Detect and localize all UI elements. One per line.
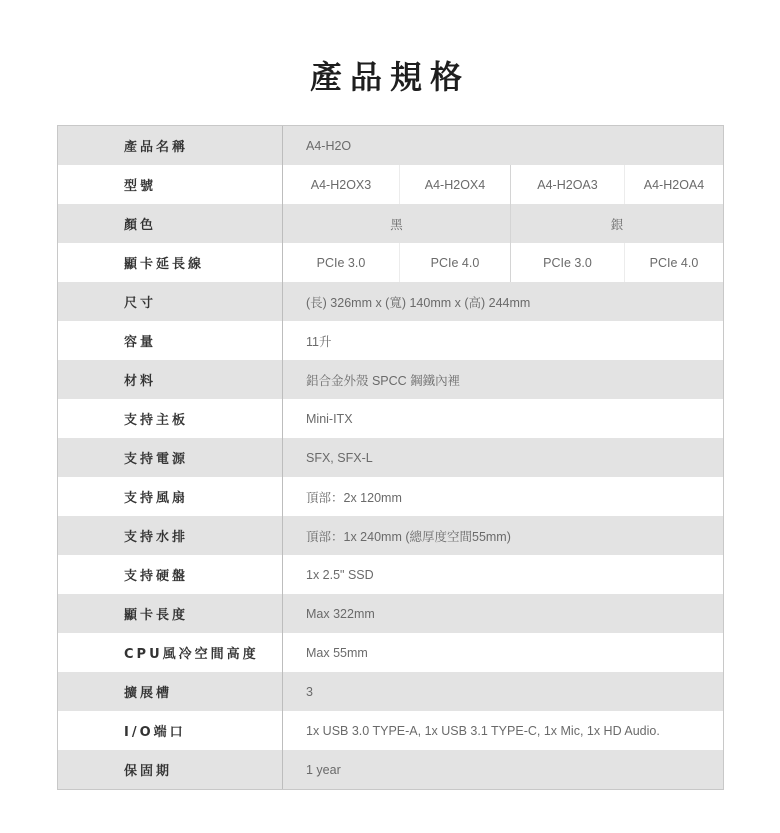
- page-title: 產品規格: [0, 52, 780, 98]
- row-label: 尺寸: [58, 282, 283, 321]
- table-row: 支持主板Mini-ITX: [58, 399, 723, 438]
- model-cell: A4-H2OX3: [283, 165, 400, 204]
- table-row: 材料鋁合金外殼 SPCC 鋼鐵內裡: [58, 360, 723, 399]
- row-label: 顏色: [58, 204, 283, 243]
- row-label: 支持風扇: [58, 477, 283, 516]
- row-label: I/O端口: [58, 711, 283, 750]
- row-label: 支持主板: [58, 399, 283, 438]
- color-cell: 銀: [511, 204, 723, 243]
- row-label: 產品名稱: [58, 126, 283, 165]
- table-row: 顯卡延長線 PCIe 3.0 PCIe 4.0 PCIe 3.0 PCIe 4.…: [58, 243, 723, 282]
- table-row: 型號 A4-H2OX3 A4-H2OX4 A4-H2OA3 A4-H2OA4: [58, 165, 723, 204]
- riser-cell: PCIe 3.0: [283, 243, 400, 282]
- spec-table: 產品名稱 A4-H2O 型號 A4-H2OX3 A4-H2OX4 A4-H2OA…: [57, 125, 724, 790]
- row-label: 支持水排: [58, 516, 283, 555]
- row-value: Mini-ITX: [283, 399, 723, 438]
- row-value: (長) 326mm x (寬) 140mm x (高) 244mm: [283, 282, 723, 321]
- table-row: CPU風冷空間高度Max 55mm: [58, 633, 723, 672]
- table-row: 顯卡長度Max 322mm: [58, 594, 723, 633]
- table-row: I/O端口1x USB 3.0 TYPE-A, 1x USB 3.1 TYPE-…: [58, 711, 723, 750]
- model-cell: A4-H2OA3: [511, 165, 625, 204]
- table-row: 支持電源SFX, SFX-L: [58, 438, 723, 477]
- table-row: 擴展槽3: [58, 672, 723, 711]
- row-label: 支持硬盤: [58, 555, 283, 594]
- row-value: Max 322mm: [283, 594, 723, 633]
- row-label: 型號: [58, 165, 283, 204]
- table-row: 保固期1 year: [58, 750, 723, 789]
- table-row: 尺寸(長) 326mm x (寬) 140mm x (高) 244mm: [58, 282, 723, 321]
- row-value: 11升: [283, 321, 723, 360]
- row-value: 鋁合金外殼 SPCC 鋼鐵內裡: [283, 360, 723, 399]
- table-row: 顏色 黑 銀: [58, 204, 723, 243]
- riser-cell: PCIe 4.0: [625, 243, 723, 282]
- riser-cell: PCIe 4.0: [400, 243, 511, 282]
- row-label: 支持電源: [58, 438, 283, 477]
- row-label: 擴展槽: [58, 672, 283, 711]
- row-value: 頂部：1x 240mm (總厚度空間55mm): [283, 516, 723, 555]
- row-label: 顯卡長度: [58, 594, 283, 633]
- table-row: 支持風扇頂部：2x 120mm: [58, 477, 723, 516]
- color-cell: 黑: [283, 204, 511, 243]
- table-row: 容量11升: [58, 321, 723, 360]
- row-label: CPU風冷空間高度: [58, 633, 283, 672]
- table-row: 產品名稱 A4-H2O: [58, 126, 723, 165]
- row-value: 3: [283, 672, 723, 711]
- row-value: A4-H2O: [283, 126, 723, 165]
- row-label: 材料: [58, 360, 283, 399]
- row-value: 1x 2.5" SSD: [283, 555, 723, 594]
- row-label: 容量: [58, 321, 283, 360]
- row-value: 1 year: [283, 750, 723, 789]
- model-cell: A4-H2OX4: [400, 165, 511, 204]
- table-row: 支持硬盤1x 2.5" SSD: [58, 555, 723, 594]
- table-row: 支持水排頂部：1x 240mm (總厚度空間55mm): [58, 516, 723, 555]
- row-label: 顯卡延長線: [58, 243, 283, 282]
- row-value: Max 55mm: [283, 633, 723, 672]
- row-value: 頂部：2x 120mm: [283, 477, 723, 516]
- row-value: SFX, SFX-L: [283, 438, 723, 477]
- model-cell: A4-H2OA4: [625, 165, 723, 204]
- row-value: 1x USB 3.0 TYPE-A, 1x USB 3.1 TYPE-C, 1x…: [283, 711, 723, 750]
- row-label: 保固期: [58, 750, 283, 789]
- riser-cell: PCIe 3.0: [511, 243, 625, 282]
